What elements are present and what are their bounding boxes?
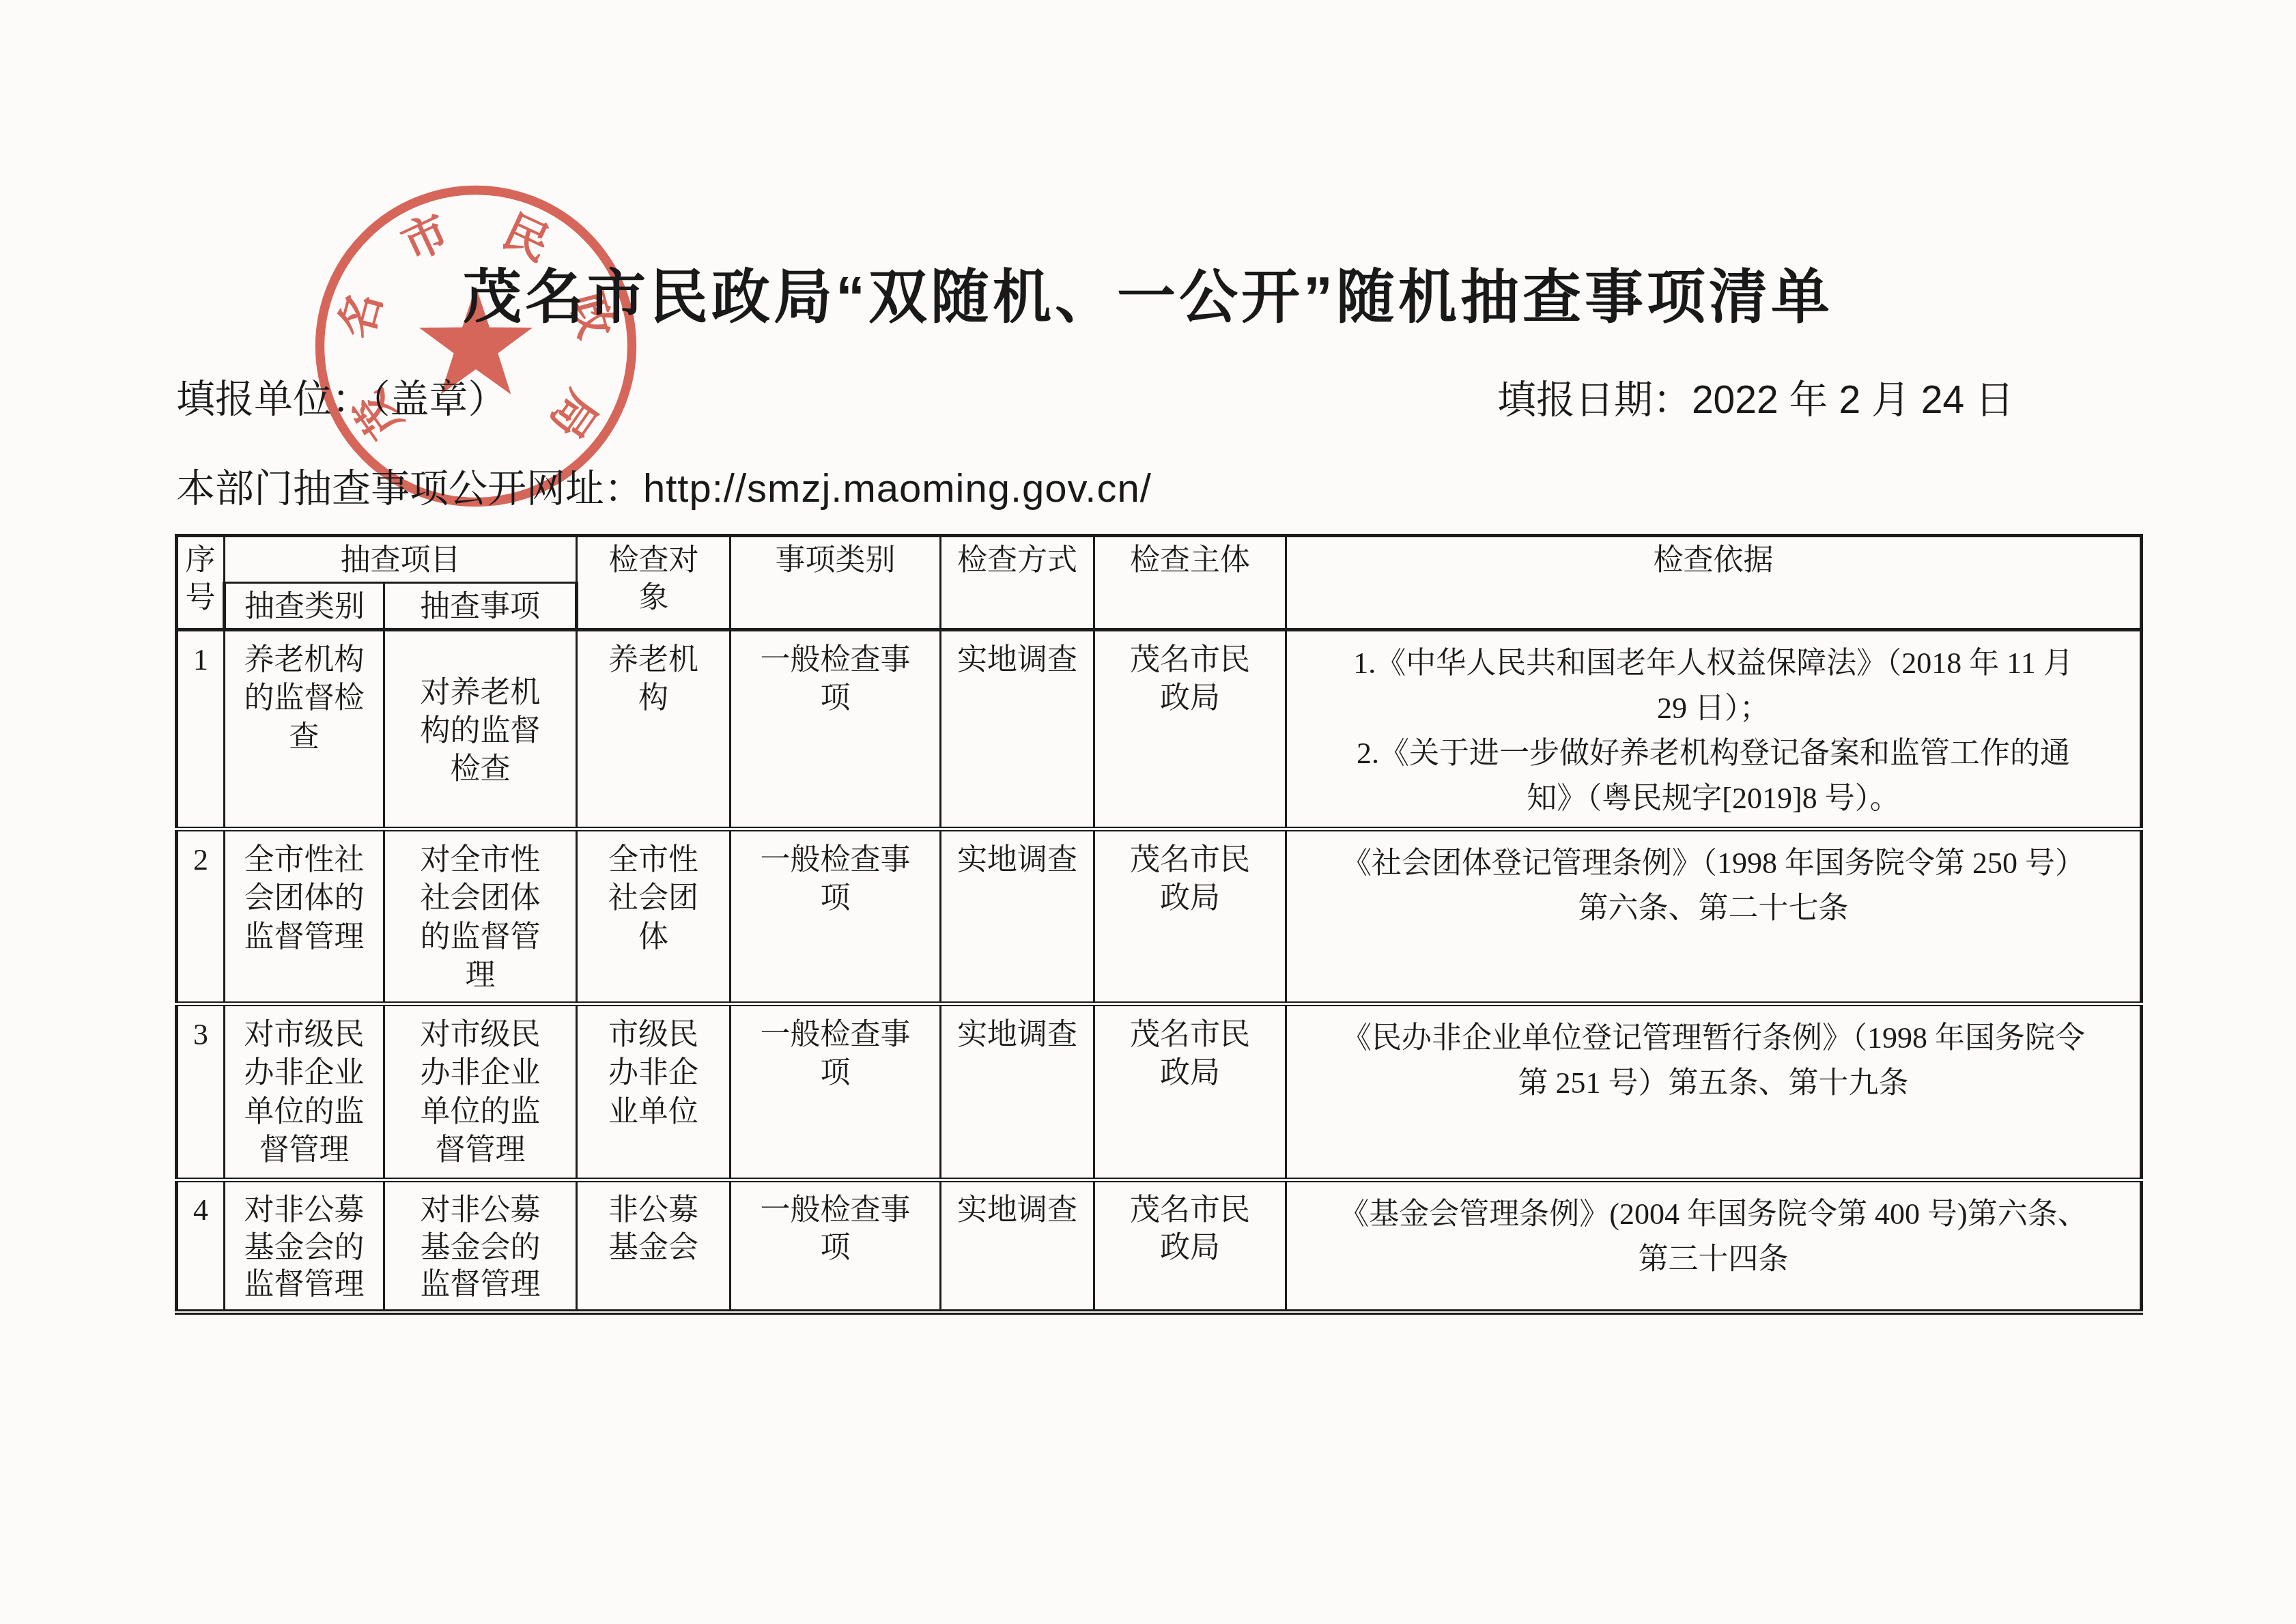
col-header-type: 事项类别 bbox=[731, 536, 941, 630]
cell-seq: 4 bbox=[177, 1180, 225, 1312]
cell-type: 一般检查事项 bbox=[731, 829, 941, 1004]
cell-category: 对市级民办非企业单位的监督管理 bbox=[225, 1004, 384, 1180]
cell-category: 全市性社会团体的监督管理 bbox=[225, 829, 384, 1004]
cell-method: 实地调查 bbox=[941, 829, 1094, 1004]
col-header-project-group: 抽查项目 bbox=[225, 536, 577, 583]
meta-row: 填报单位：（盖章） 填报日期：2022 年 2 月 24 日 bbox=[176, 377, 2014, 424]
cell-basis: 《基金会管理条例》(2004 年国务院令第 400 号)第六条、 第三十四条 bbox=[1286, 1180, 2142, 1312]
scanned-document-page: 茂 名 市 民 政 局 茂名市民政局“双随机、一公开”随机抽查事项清单 填报单位… bbox=[0, 0, 2296, 1624]
col-header-item: 抽查事项 bbox=[384, 583, 577, 630]
public-url-value: http://smzj.maoming.gov.cn/ bbox=[643, 466, 1152, 511]
cell-subject: 茂名市民政局 bbox=[1094, 1180, 1286, 1312]
cell-category: 养老机构的监督检查 bbox=[225, 630, 384, 829]
cell-seq: 3 bbox=[177, 1004, 225, 1180]
cell-item: 对全市性社会团体的监督管理 bbox=[384, 829, 577, 1004]
report-date: 填报日期：2022 年 2 月 24 日 bbox=[1497, 377, 2014, 424]
col-header-basis: 检查依据 bbox=[1286, 536, 2142, 630]
cell-target: 养老机构 bbox=[577, 630, 731, 829]
cell-basis: 1.《中华人民共和国老年人权益保障法》（2018 年 11 月 29 日）； 2… bbox=[1286, 630, 2142, 829]
cell-item: 对非公募基金会的监督管理 bbox=[384, 1180, 577, 1312]
cell-target: 市级民办非企业单位 bbox=[577, 1004, 731, 1180]
cell-type: 一般检查事项 bbox=[731, 1004, 941, 1180]
cell-subject: 茂名市民政局 bbox=[1094, 1004, 1286, 1180]
cell-category: 对非公募基金会的监督管理 bbox=[225, 1180, 384, 1312]
cell-item: 对养老机构的监督检查 bbox=[384, 630, 577, 829]
cell-seq: 2 bbox=[177, 829, 225, 1004]
cell-seq: 1 bbox=[177, 630, 225, 829]
cell-type: 一般检查事项 bbox=[731, 630, 941, 829]
report-date-value: 2022 年 2 月 24 日 bbox=[1692, 378, 2014, 422]
public-url-label: 本部门抽查事项公开网址： bbox=[176, 468, 643, 511]
cell-subject: 茂名市民政局 bbox=[1094, 829, 1286, 1004]
table-row: 3 对市级民办非企业单位的监督管理 对市级民办非企业单位的监督管理 市级民办非企… bbox=[177, 1004, 2142, 1180]
cell-basis: 《社会团体登记管理条例》（1998 年国务院令第 250 号） 第六条、第二十七… bbox=[1286, 829, 2142, 1004]
table-row: 1 养老机构的监督检查 对养老机构的监督检查 养老机构 一般检查事项 实地调查 … bbox=[177, 630, 2142, 829]
url-row: 本部门抽查事项公开网址：http://smzj.maoming.gov.cn/ bbox=[176, 464, 1152, 514]
cell-type: 一般检查事项 bbox=[731, 1180, 941, 1312]
cell-method: 实地调查 bbox=[941, 1180, 1094, 1312]
col-header-seq: 序号 bbox=[177, 536, 225, 630]
inspection-table: 序号 抽查项目 检查对象 事项类别 检查方式 检查主体 检查依据 抽查类别 抽查… bbox=[175, 534, 2143, 1315]
cell-subject: 茂名市民政局 bbox=[1094, 630, 1286, 829]
cell-target: 非公募基金会 bbox=[577, 1180, 731, 1312]
col-header-target: 检查对象 bbox=[577, 536, 731, 630]
table-row: 2 全市性社会团体的监督管理 对全市性社会团体的监督管理 全市性社会团体 一般检… bbox=[177, 829, 2142, 1004]
reporting-unit-label: 填报单位：（盖章） bbox=[176, 377, 507, 423]
cell-method: 实地调查 bbox=[941, 1004, 1094, 1180]
col-header-category: 抽查类别 bbox=[225, 583, 384, 630]
cell-method: 实地调查 bbox=[941, 630, 1094, 829]
cell-basis: 《民办非企业单位登记管理暂行条例》（1998 年国务院令 第 251 号）第五条… bbox=[1286, 1004, 2142, 1180]
header-row-1: 序号 抽查项目 检查对象 事项类别 检查方式 检查主体 检查依据 bbox=[177, 536, 2142, 583]
cell-item: 对市级民办非企业单位的监督管理 bbox=[384, 1004, 577, 1180]
document-title: 茂名市民政局“双随机、一公开”随机抽查事项清单 bbox=[0, 250, 2296, 334]
report-date-label: 填报日期： bbox=[1497, 379, 1692, 422]
table-row: 4 对非公募基金会的监督管理 对非公募基金会的监督管理 非公募基金会 一般检查事… bbox=[177, 1180, 2142, 1312]
col-header-subject: 检查主体 bbox=[1094, 536, 1286, 630]
cell-target: 全市性社会团体 bbox=[577, 829, 731, 1004]
inspection-table-wrap: 序号 抽查项目 检查对象 事项类别 检查方式 检查主体 检查依据 抽查类别 抽查… bbox=[175, 534, 2140, 1315]
col-header-method: 检查方式 bbox=[941, 536, 1094, 630]
